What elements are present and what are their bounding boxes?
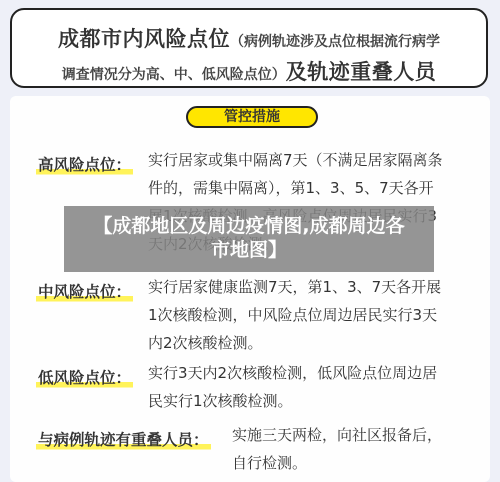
caption-line-1: 【成都地区及周边疫情图,成都周边各 [64, 214, 434, 238]
text-low-risk: 实行3天内2次核酸检测，低风险点位周边居 民实行1次核酸检测。 [148, 359, 437, 415]
label-medium-risk: 中风险点位： [36, 280, 133, 302]
text-line: 内2次核酸检测。 [148, 329, 441, 357]
title-line-2: 调查情况分为高、中、低风险点位）及轨迹重叠人员 [12, 57, 486, 90]
title-end: 及轨迹重叠人员 [286, 60, 437, 84]
text-line: 实行居家或集中隔离7天（不满足居家隔离条 [148, 146, 443, 174]
label-high-risk: 高风险点位： [36, 153, 133, 175]
caption-overlay: 【成都地区及周边疫情图,成都周边各 市地图】 [64, 206, 434, 272]
label-low-risk: 低风险点位： [36, 366, 133, 388]
text-overlap-persons: 实施三天两检，向社区报备后， 自行检测。 [232, 421, 442, 477]
title-line-1: 成都市内风险点位（病例轨迹涉及点位根据流行病学 [12, 24, 486, 57]
title-box: 成都市内风险点位（病例轨迹涉及点位根据流行病学 调查情况分为高、中、低风险点位）… [10, 8, 488, 88]
text-line: 件的，需集中隔离），第1、3、5、7天各开 [148, 174, 443, 202]
text-line: 自行检测。 [232, 449, 442, 477]
label-overlap-persons: 与病例轨迹有重叠人员： [36, 428, 211, 450]
section-badge: 管控措施 [186, 106, 318, 128]
text-line: 实行3天内2次核酸检测，低风险点位周边居 [148, 359, 437, 387]
text-line: 实行居家健康监测7天，第1、3、7天各开展 [148, 273, 441, 301]
title-note-2: 调查情况分为高、中、低风险点位） [62, 67, 286, 83]
text-line: 实施三天两检，向社区报备后， [232, 421, 442, 449]
text-line: 1次核酸检测，中风险点位周边居民实行3天 [148, 301, 441, 329]
caption-line-2: 市地图】 [64, 238, 434, 262]
text-line: 民实行1次核酸检测。 [148, 387, 437, 415]
text-medium-risk: 实行居家健康监测7天，第1、3、7天各开展 1次核酸检测，中风险点位周边居民实行… [148, 273, 441, 357]
title-note-1: （病例轨迹涉及点位根据流行病学 [230, 34, 440, 50]
title-main: 成都市内风险点位 [58, 27, 230, 51]
